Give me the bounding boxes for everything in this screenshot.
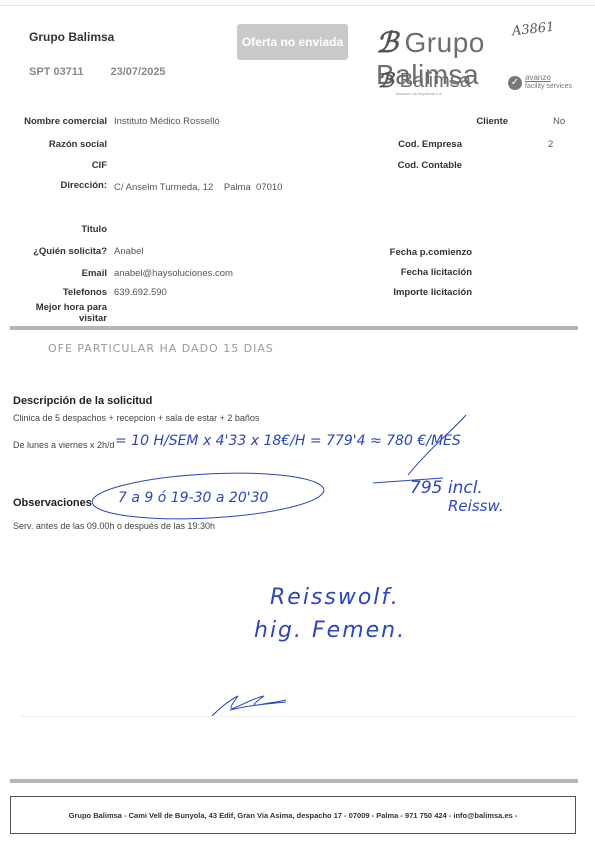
observations-text: Serv. antes de las 09.00h o después de l… — [13, 521, 215, 531]
handwritten-schedule: 7 a 9 ó 19-30 a 20'30 — [118, 490, 268, 506]
balimsa-b-icon: ℬ — [376, 27, 399, 58]
value-telefonos: 639.692.590 — [114, 287, 167, 298]
section-divider — [10, 326, 578, 330]
handwritten-note-line-1: Reisswolf. — [270, 585, 400, 610]
description-title: Descripción de la solicitud — [13, 395, 152, 407]
footer-text: Grupo Balimsa - Cami Vell de Bunyola, 43… — [69, 811, 518, 820]
observations-title: Observaciones — [13, 497, 92, 509]
handwritten-note-line-2: hig. Femen. — [254, 618, 406, 643]
value-direccion: C/ Anselm Turmeda, 12 Palma 07010 — [114, 182, 282, 193]
balimsa-b-icon: ℬ — [378, 70, 394, 92]
value-cliente: No — [553, 116, 565, 127]
label-cif: CIF — [17, 160, 107, 171]
label-cod-contable: Cod. Contable — [352, 160, 462, 171]
company-name: Grupo Balimsa — [29, 30, 114, 44]
label-importe-licitacion: Importe licitación — [362, 287, 472, 298]
label-quien-solicita: ¿Quién solicita? — [17, 246, 107, 257]
footer: Grupo Balimsa - Cami Vell de Bunyola, 43… — [10, 796, 576, 834]
label-mejor-hora: Mejor hora para visitar — [17, 302, 107, 324]
reference-line: SPT 03711 23/07/2025 — [29, 66, 190, 78]
logo-avanzo: ✓ avanzo facility services — [508, 74, 572, 91]
label-titulo: Titulo — [17, 224, 107, 235]
document-date: 23/07/2025 — [111, 66, 166, 78]
label-cliente: Cliente — [398, 116, 508, 127]
description-line-1: Clinica de 5 despachos + recepcion + sal… — [13, 413, 259, 423]
faint-rule — [20, 716, 575, 717]
footer-divider — [10, 779, 578, 783]
handwritten-grey-note: OFE PARTICULAR HA DADO 15 DIAS — [48, 342, 274, 355]
label-telefonos: Telefonos — [17, 287, 107, 298]
top-rule — [0, 5, 595, 6]
check-circle-icon: ✓ — [508, 76, 522, 90]
label-fecha-comienzo: Fecha p.comienzo — [362, 247, 472, 258]
label-email: Email — [17, 268, 107, 279]
value-quien-solicita: Anabel — [114, 246, 144, 257]
label-direccion: Dirección: — [17, 180, 107, 191]
spt-code: SPT 03711 — [29, 66, 83, 78]
handwritten-total-sub: Reissw. — [448, 497, 504, 515]
handwritten-total: 795 incl. — [410, 478, 483, 498]
logo-balimsa: ℬBalimsa Balsamo de limpiezas s.a. — [378, 68, 471, 96]
label-razon-social: Razón social — [17, 139, 107, 150]
label-nombre-comercial: Nombre comercial — [17, 116, 107, 127]
label-cod-empresa: Cod. Empresa — [352, 139, 462, 150]
value-cod-empresa: 2 — [548, 139, 553, 150]
label-fecha-licitacion: Fecha licitación — [362, 267, 472, 278]
status-badge: Oferta no enviada — [237, 24, 348, 60]
description-line-2: De lunes a viernes x 2h/d — [13, 440, 115, 450]
value-email: anabel@haysoluciones.com — [114, 268, 233, 279]
value-nombre-comercial: Instituto Médico Rosselló — [114, 116, 220, 127]
